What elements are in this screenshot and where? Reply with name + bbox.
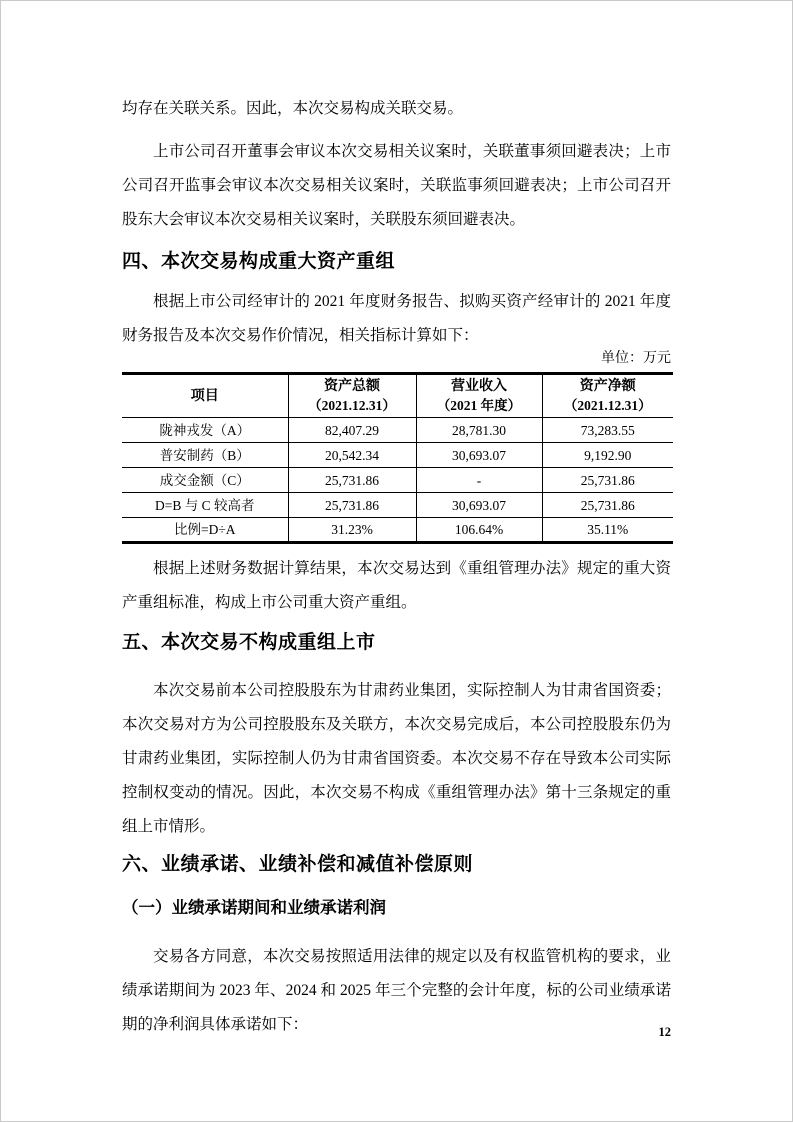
table-cell: 25,731.86 xyxy=(288,493,416,518)
table-cell: 陇神戎发（A） xyxy=(122,418,288,443)
section-heading-5: 五、本次交易不构成重组上市 xyxy=(122,630,671,656)
table-cell: 普安制药（B） xyxy=(122,443,288,468)
table-row: 普安制药（B） 20,542.34 30,693.07 9,192.90 xyxy=(122,443,673,468)
table-cell: 比例=D÷A xyxy=(122,518,288,543)
table-cell: 25,731.86 xyxy=(288,468,416,493)
table-header-revenue: 营业收入（2021 年度） xyxy=(416,374,542,418)
page-content: 均存在关联关系。因此，本次交易构成关联交易。 上市公司召开董事会审议本次交易相关… xyxy=(1,1,792,1042)
paragraph-section6: 交易各方同意，本次交易按照适用法律的规定以及有权监管机构的要求，业绩承诺期间为 … xyxy=(122,940,671,1042)
section-heading-4: 四、本次交易构成重大资产重组 xyxy=(122,249,671,275)
table-cell: 30,693.07 xyxy=(416,443,542,468)
table-cell: 73,283.55 xyxy=(542,418,673,443)
table-header-row: 项目 资产总额（2021.12.31） 营业收入（2021 年度） 资产净额（2… xyxy=(122,374,673,418)
paragraph-section4-intro: 根据上市公司经审计的 2021 年度财务报告、拟购买资产经审计的 2021 年度… xyxy=(122,285,671,353)
table-row: 比例=D÷A 31.23% 106.64% 35.11% xyxy=(122,518,673,543)
table-header-net-assets: 资产净额（2021.12.31） xyxy=(542,374,673,418)
table-row: D=B 与 C 较高者 25,731.86 30,693.07 25,731.8… xyxy=(122,493,673,518)
table-cell: D=B 与 C 较高者 xyxy=(122,493,288,518)
table-cell: 31.23% xyxy=(288,518,416,543)
table-row: 成交金额（C） 25,731.86 - 25,731.86 xyxy=(122,468,673,493)
table-header-item: 项目 xyxy=(122,374,288,418)
table-cell: 25,731.86 xyxy=(542,493,673,518)
document-page: 均存在关联关系。因此，本次交易构成关联交易。 上市公司召开董事会审议本次交易相关… xyxy=(0,0,793,1122)
paragraph-voting-avoidance: 上市公司召开董事会审议本次交易相关议案时，关联董事须回避表决；上市公司召开监事会… xyxy=(122,135,671,237)
subsection-heading-6-1: （一）业绩承诺期间和业绩承诺利润 xyxy=(122,896,671,920)
table-header-total-assets: 资产总额（2021.12.31） xyxy=(288,374,416,418)
paragraph-section5: 本次交易前本公司控股股东为甘肃药业集团，实际控制人为甘肃省国资委；本次交易对方为… xyxy=(122,674,671,844)
table-cell: 20,542.34 xyxy=(288,443,416,468)
table-cell: 35.11% xyxy=(542,518,673,543)
table-cell: 28,781.30 xyxy=(416,418,542,443)
paragraph-section4-conclusion: 根据上述财务数据计算结果，本次交易达到《重组管理办法》规定的重大资产重组标准，构… xyxy=(122,552,671,620)
table-cell: 9,192.90 xyxy=(542,443,673,468)
page-number: 12 xyxy=(659,1025,672,1040)
table-row: 陇神戎发（A） 82,407.29 28,781.30 73,283.55 xyxy=(122,418,673,443)
table-cell: 成交金额（C） xyxy=(122,468,288,493)
paragraph-related-transaction: 均存在关联关系。因此，本次交易构成关联交易。 xyxy=(122,92,671,126)
table-cell: 30,693.07 xyxy=(416,493,542,518)
table-cell: 25,731.86 xyxy=(542,468,673,493)
section-heading-6: 六、业绩承诺、业绩补偿和减值补偿原则 xyxy=(122,852,671,878)
financial-indicators-table: 项目 资产总额（2021.12.31） 营业收入（2021 年度） 资产净额（2… xyxy=(122,372,673,544)
table-cell: 106.64% xyxy=(416,518,542,543)
table-cell: - xyxy=(416,468,542,493)
table-cell: 82,407.29 xyxy=(288,418,416,443)
